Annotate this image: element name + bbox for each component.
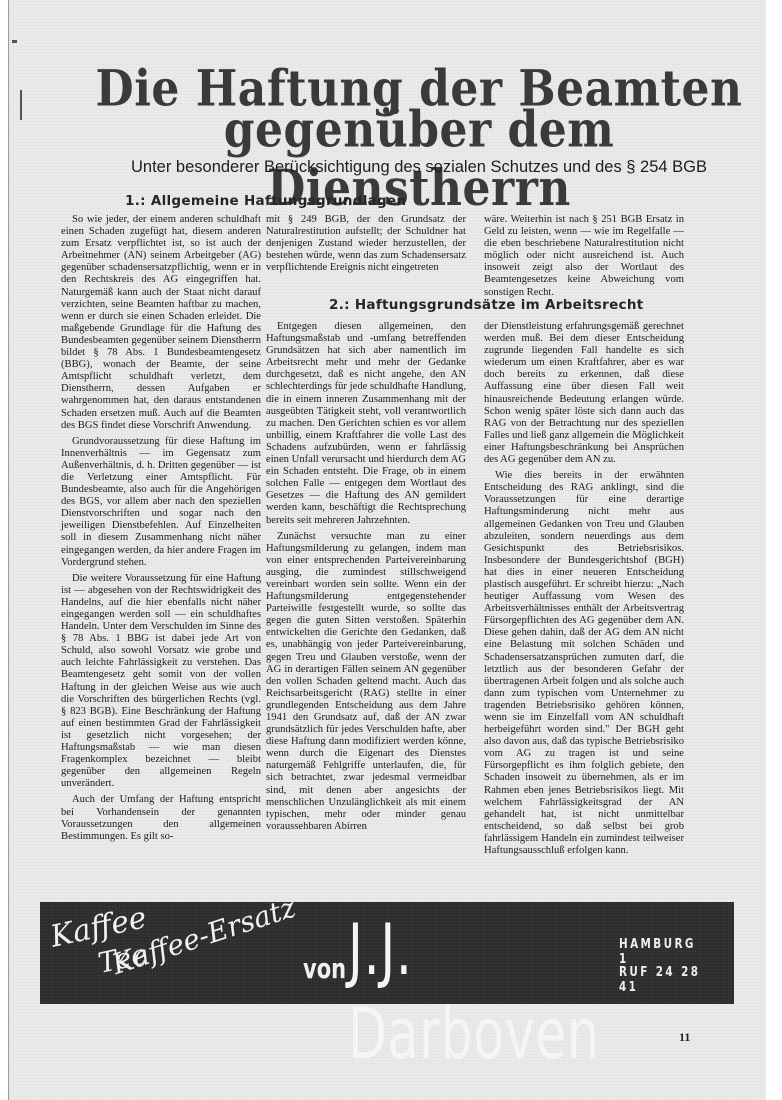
- section1-heading: 1.: Allgemeine Haftungsgrundlagen: [125, 193, 406, 209]
- paragraph: Auch der Umfang der Haftung entspricht b…: [61, 794, 261, 842]
- paragraph: Die weitere Voraussetzung für eine Haftu…: [61, 573, 261, 791]
- paragraph: der Dienstleistung erfahrungsgemäß gerec…: [484, 321, 684, 466]
- paragraph: So wie jeder, der einem anderen schuldha…: [61, 214, 261, 432]
- ad-city: HAMBURG 1: [619, 937, 711, 967]
- column-2-top: mit § 249 BGB, der den Grundsatz der Nat…: [266, 214, 466, 278]
- paragraph: Zunächst versuchte man zu einer Haftungs…: [266, 531, 466, 833]
- paragraph: Grundvoraussetzung für diese Haftung im …: [61, 436, 261, 569]
- column-3: der Dienstleistung erfahrungsgemäß gerec…: [484, 321, 684, 861]
- scan-mark: [20, 90, 22, 120]
- page-number: 11: [679, 1030, 690, 1045]
- paragraph: mit § 249 BGB, der den Grundsatz der Nat…: [266, 214, 466, 274]
- column-1: So wie jeder, der einem anderen schuldha…: [61, 214, 261, 847]
- magazine-page: Die Haftung der Beamten gegenüber dem Di…: [8, 0, 766, 1100]
- paragraph: Wie dies bereits in der erwähnten Entsch…: [484, 470, 684, 857]
- ad-brand-name: J.J. Darboven: [348, 908, 626, 1076]
- column-3-top: wäre. Weiterhin ist nach § 251 BGB Ersat…: [484, 214, 684, 303]
- darboven-advertisement: Kaffee Tee Kaffee-Ersatz von J.J. Darbov…: [40, 902, 734, 1004]
- ad-phone: RUF 24 28 41: [619, 965, 711, 995]
- scan-mark: [12, 40, 17, 43]
- paragraph: Entgegen diesen allgemeinen, den Haftung…: [266, 321, 466, 527]
- article-subtitle: Unter besonderer Berücksichtigung des so…: [69, 158, 769, 177]
- column-2: Entgegen diesen allgemeinen, den Haftung…: [266, 321, 466, 837]
- ad-von: von: [303, 952, 346, 985]
- paragraph: wäre. Weiterhin ist nach § 251 BGB Ersat…: [484, 214, 684, 299]
